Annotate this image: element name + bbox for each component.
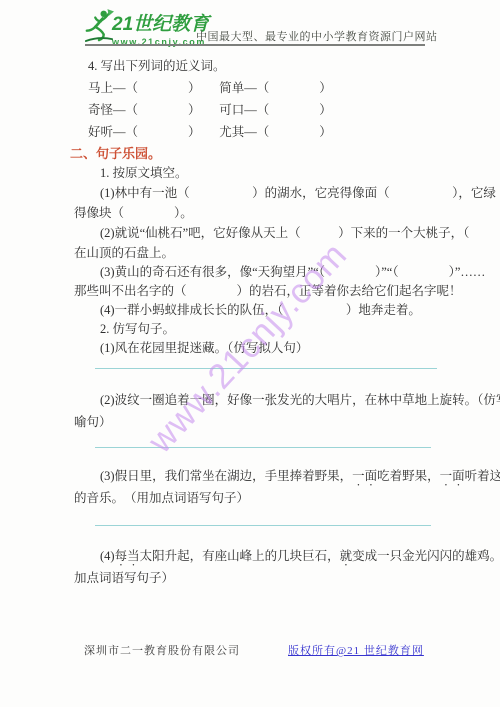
- item4-title: 4. 写出下列词的近义词。: [88, 59, 226, 74]
- answer-line: [95, 525, 431, 526]
- synonym-row: 奇怪—（ ） 可口—（ ）: [88, 103, 332, 118]
- question-line: (3)黄山的奇石还有很多，像“天狗望月”“（ ）”“（ ）”……: [100, 265, 485, 280]
- answer-line: [95, 447, 431, 448]
- text-segment: 太阳升起，有座山峰上的几块巨石，: [140, 549, 340, 563]
- dotted-word: 每当: [115, 549, 140, 563]
- site-tagline: 中国最大型、最专业的中小学教育资源门户网站: [196, 28, 438, 44]
- question-line: (4)每当太阳升起，有座山峰上的几块巨石，就变成一只金光闪闪的雄鸡。（用: [100, 549, 500, 569]
- answer-line: [95, 368, 437, 369]
- dotted-word: 就: [340, 549, 353, 563]
- dotted-word: 一面: [440, 469, 465, 483]
- fill-title: 1. 按原文填空。: [100, 166, 188, 181]
- question-line: 得像块（ ）。: [74, 206, 193, 221]
- question-line: (1)林中有一池（ ）的湖水，它亮得像面（ ），它绿: [100, 186, 496, 201]
- question-line: 加点词语写句子）: [74, 571, 174, 586]
- question-line: (2)波纹一圈追着一圈，好像一张发光的大唱片，在林中草地上旋转。（仿写比: [100, 393, 500, 408]
- question-line: 在山顶的石盘上。: [74, 246, 174, 261]
- text-segment: 听着这美妙: [465, 469, 500, 483]
- question-line: 的音乐。 （用加点词语写句子）: [74, 491, 249, 506]
- dotted-word: 一面: [352, 469, 377, 483]
- question-line: (4)一群小蚂蚁排成长长的队伍，（ ）地奔走着。: [100, 303, 421, 318]
- footer-company-name: 深圳市二一教育股份有限公司: [84, 642, 240, 658]
- question-line: (2)就说“仙桃石”吧，它好像从天上（ ）下来的一个大桃子，（ ）: [100, 226, 500, 241]
- question-line: (3)假日里，我们常坐在湖边，手里捧着野果，一面吃着野果，一面听着这美妙: [100, 469, 500, 489]
- section-title: 二、句子乐园。: [70, 146, 161, 161]
- question-line: 那些叫不出名字的（ ）的岩石，正等着你去给它们起名字呢！: [74, 284, 462, 299]
- text-segment: 变成一只金光闪闪的雄鸡。（用: [352, 549, 500, 563]
- text-segment: 吃着野果，: [377, 469, 440, 483]
- question-line: 喻句）: [74, 415, 112, 430]
- runner-logo-icon: [84, 7, 114, 45]
- synonym-row: 好听—（ ） 尤其—（ ）: [88, 125, 332, 140]
- text-segment: (4): [100, 549, 115, 563]
- footer-copyright-link[interactable]: 版权所有@21 世纪教育网: [288, 642, 424, 658]
- synonym-row: 马上—（ ） 简单—（ ）: [88, 81, 332, 96]
- header-divider: [85, 44, 425, 46]
- question-line: (1)风在花园里捉迷藏。（仿写拟人句）: [100, 341, 308, 356]
- worksheet-page: 21世纪教育 www.21cnjy.com 中国最大型、最专业的中小学教育资源门…: [0, 0, 500, 707]
- mimic-title: 2. 仿写句子。: [100, 322, 175, 337]
- text-segment: (3)假日里，我们常坐在湖边，手里捧着野果，: [100, 469, 352, 483]
